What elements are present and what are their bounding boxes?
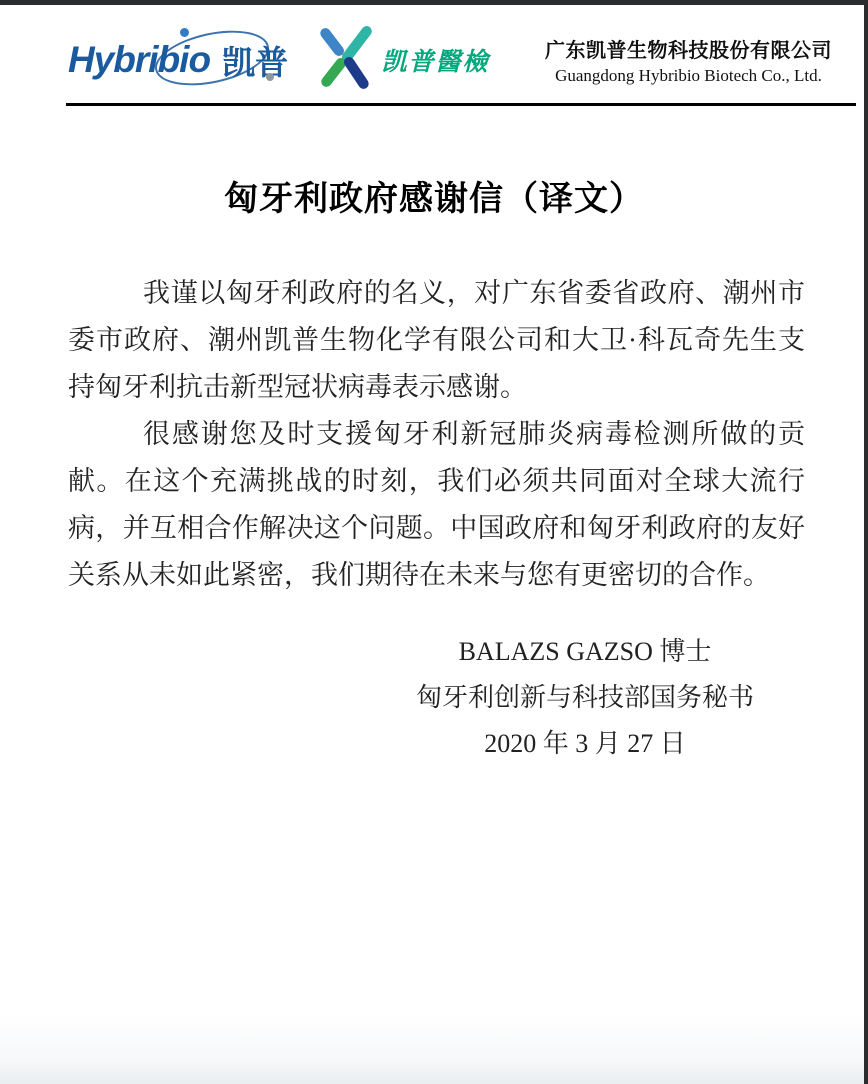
orbit-gray-dot-icon: [266, 73, 274, 81]
letter-title: 匈牙利政府感谢信（译文）: [0, 171, 868, 220]
letter-paragraph-2: 很感谢您及时支援匈牙利新冠肺炎病毒检测所做的贡献。在这个充满挑战的时刻，我们必须…: [68, 411, 805, 599]
letter-paragraph-1: 我谨以匈牙利政府的名义，对广东省委省政府、潮州市委市政府、潮州凯普生物化学有限公…: [68, 270, 805, 411]
letterhead-divider: [66, 103, 856, 106]
medlab-logo-text: 凯普醫檢: [382, 42, 490, 78]
hybribio-logo: Hybribio 凯普: [68, 37, 288, 84]
signature-title: 匈牙利创新与科技部国务秘书: [340, 675, 830, 721]
signature-block: BALAZS GAZSO 博士 匈牙利创新与科技部国务秘书 2020 年 3 月…: [340, 629, 830, 767]
medlab-logo: 凯普醫檢: [314, 24, 490, 97]
page-bottom-shadow: [0, 1014, 868, 1084]
company-name-cn: 广东凯普生物科技股份有限公司: [545, 34, 832, 63]
letter-body: 我谨以匈牙利政府的名义，对广东省委省政府、潮州市委市政府、潮州凯普生物化学有限公…: [68, 270, 805, 599]
window-top-edge: [0, 0, 868, 5]
letterhead: Hybribio 凯普 凯普醫檢 广东凯普生物科技股份有限公司 Guangdon…: [68, 22, 832, 98]
window-right-edge: [864, 0, 868, 1084]
signature-name: BALAZS GAZSO 博士: [340, 629, 830, 675]
orbit-blue-dot-icon: [180, 28, 189, 37]
document-page: { "window": { "frame_color": "#2a2c2e", …: [0, 0, 868, 1084]
company-name-en: Guangdong Hybribio Biotech Co., Ltd.: [545, 66, 832, 86]
x-cross-icon: [314, 24, 376, 97]
signature-date: 2020 年 3 月 27 日: [340, 721, 830, 767]
company-name-block: 广东凯普生物科技股份有限公司 Guangdong Hybribio Biotec…: [545, 34, 832, 86]
